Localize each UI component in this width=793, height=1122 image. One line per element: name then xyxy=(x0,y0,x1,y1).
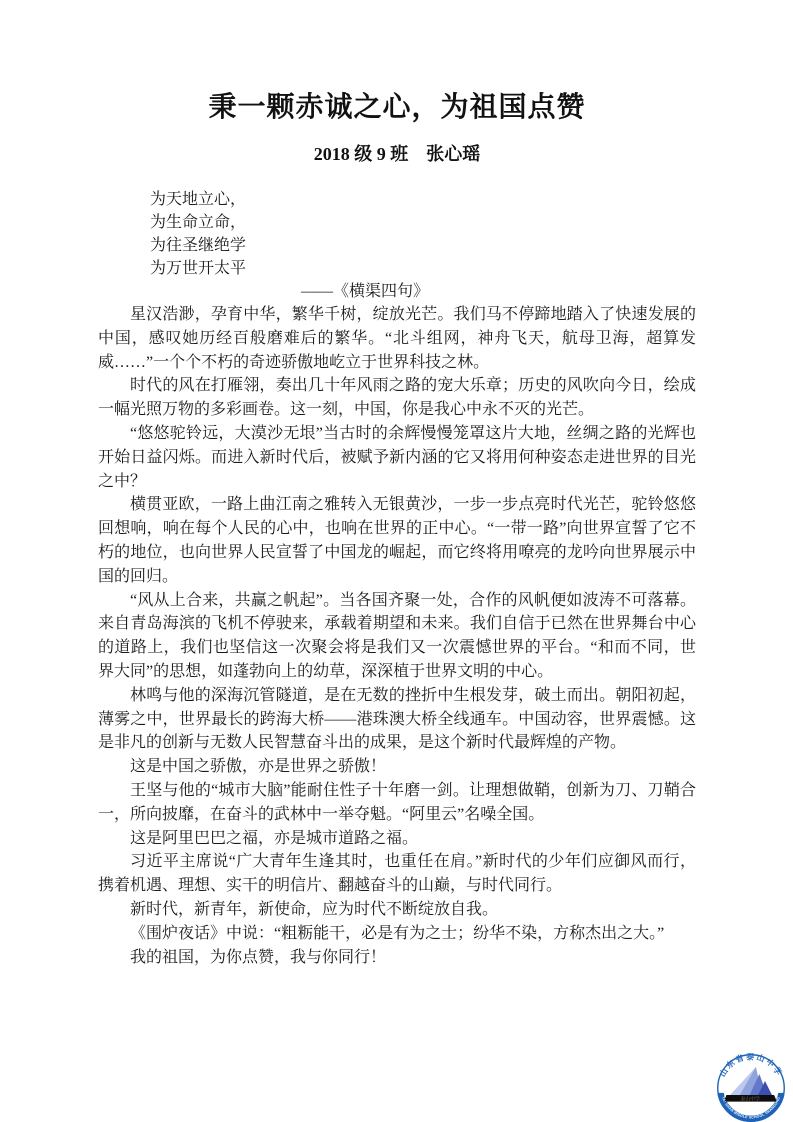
essay-title: 秉一颗赤诚之心，为祖国点赞 xyxy=(98,88,696,128)
epigraph-line: 为生命立命， xyxy=(150,211,696,234)
essay-body: 星汉浩渺，孕育中华，繁华千树，绽放光芒。我们马不停蹄地踏入了快速发展的中国，感叹… xyxy=(98,303,696,969)
paragraph: 林鸣与他的深海沉管隧道，是在无数的挫折中生根发芽，破土而出。朝阳初起，薄雾之中，… xyxy=(98,684,696,755)
paragraph: 《围炉夜话》中说：“粗粝能干，必是有为之士；纷华不染，方称杰出之大。” xyxy=(98,922,696,946)
paragraph: 这是中国之骄傲，亦是世界之骄傲！ xyxy=(98,755,696,779)
document-page: 秉一颗赤诚之心，为祖国点赞 2018 级 9 班 张心瑶 为天地立心， 为生命立… xyxy=(0,0,793,1122)
epigraph-attribution: ——《横渠四句》 xyxy=(66,280,664,303)
essay-byline: 2018 级 9 班 张心瑶 xyxy=(98,142,696,166)
paragraph: “风从上合来，共赢之帆起”。当各国齐聚一处，合作的风帆便如波涛不可落幕。来自青岛… xyxy=(98,589,696,684)
paragraph: 横贯亚欧，一路上曲江南之雅转入无银黄沙，一步一步点亮时代光芒，驼铃悠悠回想响，响… xyxy=(98,493,696,588)
paragraph: 习近平主席说“广大青年生逢其时，也重任在肩。”新时代的少年们应御风而行，携着机遇… xyxy=(98,850,696,898)
paragraph: 新时代，新青年，新使命，应为时代不断绽放自我。 xyxy=(98,898,696,922)
paragraph: 这是阿里巴巴之福，亦是城市道路之福。 xyxy=(98,827,696,851)
paragraph: 王坚与他的“城市大脑”能耐住性子十年磨一剑。让理想做鞘，创新为刀、刀鞘合一，所向… xyxy=(98,779,696,827)
paragraph: “悠悠驼铃远，大漠沙无垠”当古时的余辉慢慢笼罩这片大地，丝绸之路的光辉也开始日益… xyxy=(98,422,696,493)
paragraph: 时代的风在打雁翎，奏出几十年风雨之路的宠大乐章；历史的风吹向今日，绘成一幅光照万… xyxy=(98,374,696,422)
epigraph-line: 为天地立心， xyxy=(150,188,696,211)
paragraph: 星汉浩渺，孕育中华，繁华千树，绽放光芒。我们马不停蹄地踏入了快速发展的中国，感叹… xyxy=(98,303,696,374)
epigraph: 为天地立心， 为生命立命， 为往圣继绝学 为万世开太平 xyxy=(98,188,696,280)
essay-content: 秉一颗赤诚之心，为祖国点赞 2018 级 9 班 张心瑶 为天地立心， 为生命立… xyxy=(98,88,696,969)
epigraph-line: 为往圣继绝学 xyxy=(150,234,696,257)
school-logo-icon: 泰山中学 山东省泰山中学 TAI SHAN MIDDLE SCHOOL SHAN… xyxy=(716,1053,786,1122)
paragraph: 我的祖国，为你点赞，我与你同行！ xyxy=(98,946,696,970)
epigraph-line: 为万世开太平 xyxy=(150,257,696,280)
